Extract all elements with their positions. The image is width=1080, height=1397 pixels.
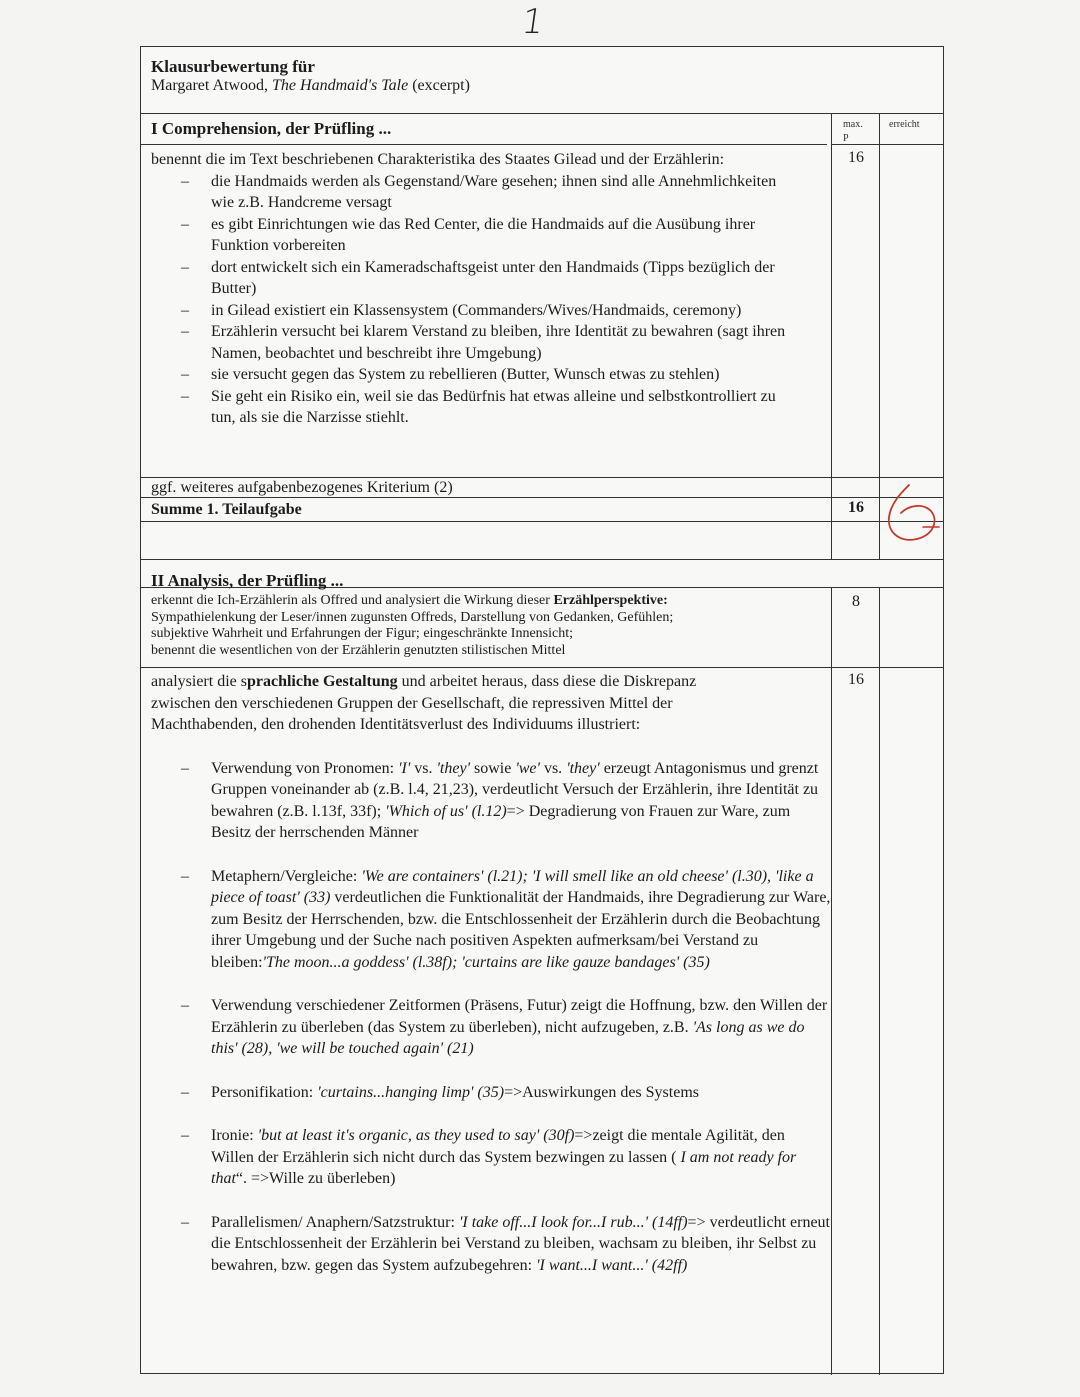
grading-sheet: Klausurbewertung für Margaret Atwood, Th… [140, 46, 944, 1374]
stylistic-device-item: Verwendung verschiedener Zeitformen (Prä… [151, 995, 831, 1060]
section1-heading: I Comprehension, der Prüfling ... [151, 119, 391, 139]
column-divider [831, 587, 832, 1375]
section1-intro: benennt die im Text beschriebenen Charak… [151, 149, 831, 171]
divider [141, 521, 943, 522]
criterion1-max-points: 8 [833, 593, 879, 611]
section2-list: Verwendung von Pronomen: 'I' vs. 'they' … [151, 758, 831, 1277]
criterion1-line: subjektive Wahrheit und Erfahrungen der … [151, 626, 831, 643]
criterion1-bold: Erzählperspektive: [553, 593, 667, 608]
stylistic-device-item: Metaphern/Vergleiche: 'We are containers… [151, 866, 831, 974]
excerpt-note: (excerpt) [408, 77, 470, 94]
criterion1-line: benennt die wesentlichen von der Erzähle… [151, 643, 831, 660]
section1-max-points: 16 [833, 149, 879, 167]
criterion-item: dort entwickelt sich ein Kameradschaftsg… [151, 257, 831, 300]
criterion2-text: analysiert die s [151, 673, 247, 690]
author-text: Margaret Atwood, [151, 77, 272, 94]
stylistic-device-item: Personifikation: 'curtains...hanging lim… [151, 1082, 831, 1104]
criterion-item: sie versucht gegen das System zu rebelli… [151, 364, 831, 386]
stylistic-device-item: Ironie: 'but at least it's organic, as t… [151, 1125, 831, 1190]
criterion-item: Sie geht ein Risiko ein, weil sie das Be… [151, 386, 831, 429]
extra-criterion: ggf. weiteres aufgabenbezogenes Kriteriu… [151, 477, 453, 499]
max-points-label-p: P [843, 133, 849, 144]
section2-criterion2: analysiert die sprachliche Gestaltung un… [151, 671, 831, 1298]
divider [141, 144, 827, 145]
section1-criteria: benennt die im Text beschriebenen Charak… [151, 149, 831, 429]
handwritten-page-number: 1 [519, 2, 546, 42]
column-divider [831, 521, 832, 559]
achieved-points-label: erreicht [889, 119, 920, 130]
section1-list: die Handmaids werden als Gegenstand/Ware… [151, 171, 831, 429]
sum-max-points: 16 [833, 499, 879, 517]
max-points-label: max. [843, 119, 863, 130]
divider [141, 113, 943, 114]
criterion2-text: und arbeitet heraus, dass diese die Disk… [398, 673, 697, 690]
section2-heading: II Analysis, der Prüfling ... [151, 571, 343, 591]
criterion2-max-points: 16 [833, 671, 879, 689]
criterion2-line: zwischen den verschiedenen Gruppen der G… [151, 693, 831, 715]
criterion2-bold: prachliche Gestaltung [247, 673, 398, 690]
stylistic-device-item: Parallelismen/ Anaphern/Satzstruktur: 'I… [151, 1212, 831, 1277]
criterion-item: die Handmaids werden als Gegenstand/Ware… [151, 171, 831, 214]
handwritten-score-mark [879, 481, 945, 547]
column-divider [831, 113, 832, 521]
work-title: The Handmaid's Tale [272, 77, 408, 94]
sheet-subtitle: Margaret Atwood, The Handmaid's Tale (ex… [151, 77, 470, 95]
criterion-item: Erzählerin versucht bei klarem Verstand … [151, 321, 831, 364]
stylistic-device-item: Verwendung von Pronomen: 'I' vs. 'they' … [151, 758, 831, 844]
criterion1-text: erkennt die Ich-Erzählerin als Offred un… [151, 593, 553, 608]
criterion1-line: Sympathielenkung der Leser/innen zugunst… [151, 610, 831, 627]
criterion-item: es gibt Einrichtungen wie das Red Center… [151, 214, 831, 257]
sum-label: Summe 1. Teilaufgabe [151, 499, 302, 521]
criterion-item: in Gilead existiert ein Klassensystem (C… [151, 300, 831, 322]
criterion2-line: Machthabenden, den drohenden Identitätsv… [151, 714, 831, 736]
section2-criterion1: erkennt die Ich-Erzählerin als Offred un… [151, 593, 831, 659]
divider [141, 667, 943, 668]
divider [141, 559, 943, 560]
sheet-title: Klausurbewertung für [151, 57, 315, 77]
column-divider [879, 587, 880, 1375]
column-divider [879, 113, 880, 521]
divider [831, 144, 943, 145]
